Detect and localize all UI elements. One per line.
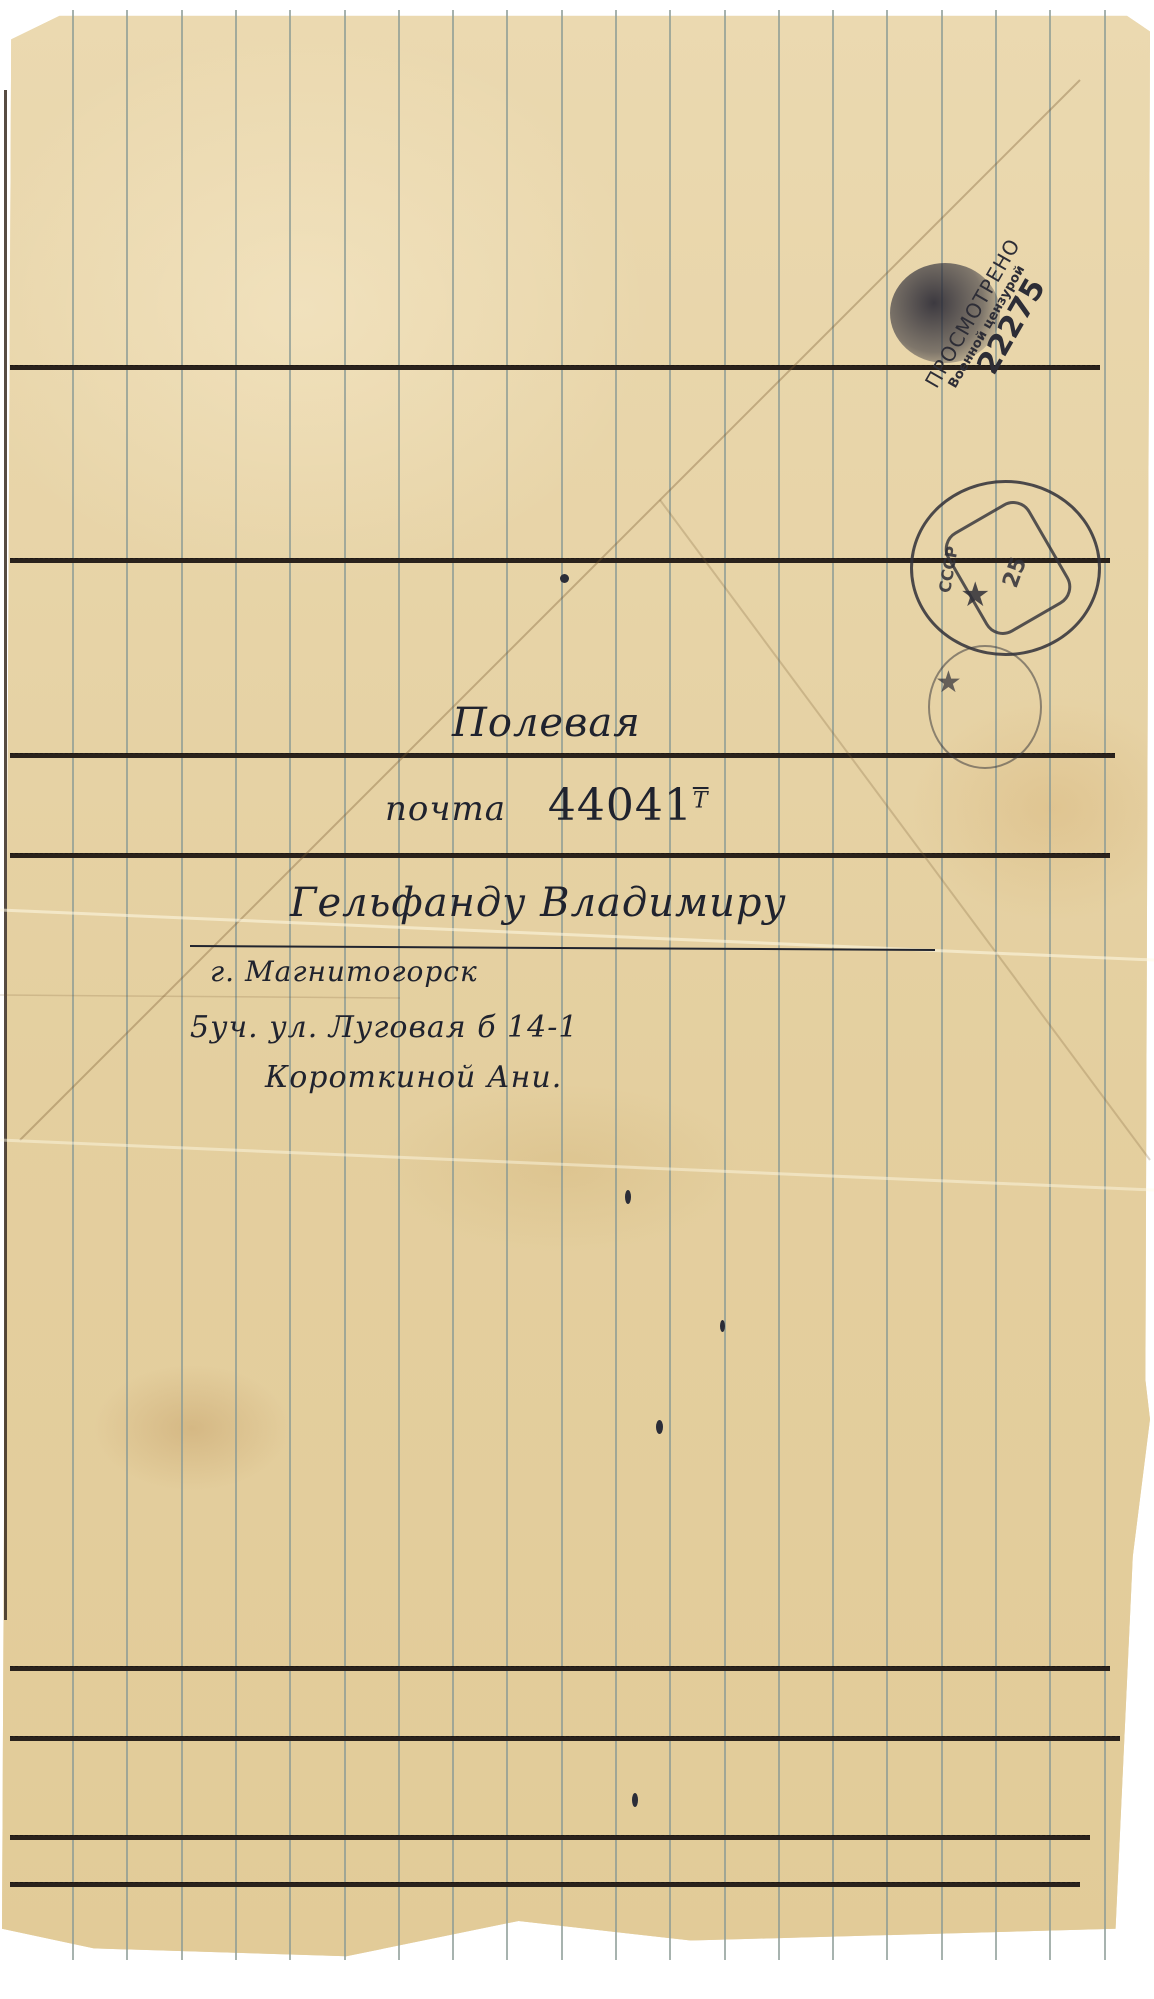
star-icon: ★ bbox=[960, 575, 990, 615]
ink-spot bbox=[632, 1793, 638, 1807]
field-post-suffix: Т bbox=[693, 789, 709, 814]
rule-line bbox=[10, 1882, 1080, 1887]
sender-street: 5уч. ул. Луговая б 14-1 bbox=[190, 1010, 578, 1045]
rule-line bbox=[10, 1736, 1120, 1741]
rule-line bbox=[10, 1666, 1110, 1671]
sender-name: Короткиной Ани. bbox=[265, 1060, 562, 1095]
pochta-label: почта bbox=[385, 789, 506, 829]
ink-spot bbox=[560, 574, 569, 583]
field-post-number: 44041 bbox=[548, 780, 693, 831]
recipient-name: Гельфанду Владимиру bbox=[290, 880, 787, 926]
sender-city: г. Магнитогорск bbox=[210, 955, 478, 988]
rule-line bbox=[10, 1835, 1090, 1840]
ink-spot bbox=[625, 1190, 631, 1204]
ink-spot bbox=[656, 1420, 663, 1434]
ink-spot bbox=[720, 1320, 725, 1332]
star-icon: ★ bbox=[935, 665, 962, 700]
address-line-polevaya: Полевая bbox=[452, 700, 641, 746]
address-line-pochta: почта 44041Т bbox=[385, 780, 709, 831]
paper-left-edge bbox=[4, 90, 7, 1620]
rule-line bbox=[10, 853, 1110, 858]
postmark-circle-secondary bbox=[928, 645, 1042, 769]
